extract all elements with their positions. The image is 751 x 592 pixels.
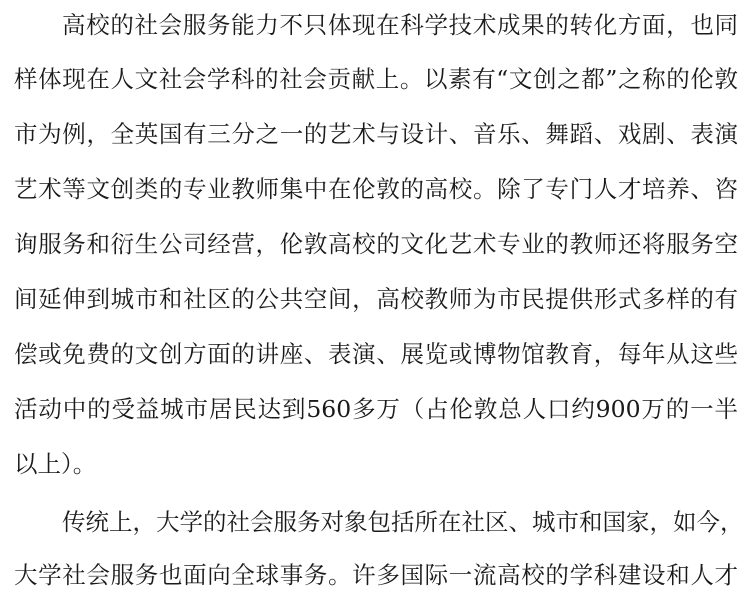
text-line: 询服务和衍生公司经营，伦敦高校的文化艺术专业的教师还将服务空 [14,229,738,259]
text-line: 以上）。 [14,449,96,479]
text-line: 间延伸到城市和社区的公共空间，高校教师为市民提供形式多样的有 [14,284,738,314]
text-line: 传统上，大学的社会服务对象包括所在社区、城市和国家，如今， [62,507,738,537]
text-line: 大学社会服务也面向全球事务。许多国际一流高校的学科建设和人才 [14,560,738,590]
text-line: 高校的社会服务能力不只体现在科学技术成果的转化方面，也同 [62,10,738,40]
text-line: 活动中的受益城市居民达到560多万（占伦敦总人口约900万的一半 [14,394,738,424]
text-line: 偿或免费的文创方面的讲座、表演、展览或博物馆教育，每年从这些 [14,339,738,369]
text-line: 样体现在人文社会学科的社会贡献上。以素有“文创之都”之称的伦敦 [14,64,738,94]
text-line: 艺术等文创类的专业教师集中在伦敦的高校。除了专门人才培养、咨 [14,174,738,204]
text-line: 市为例，全英国有三分之一的艺术与设计、音乐、舞蹈、戏剧、表演 [14,119,738,149]
